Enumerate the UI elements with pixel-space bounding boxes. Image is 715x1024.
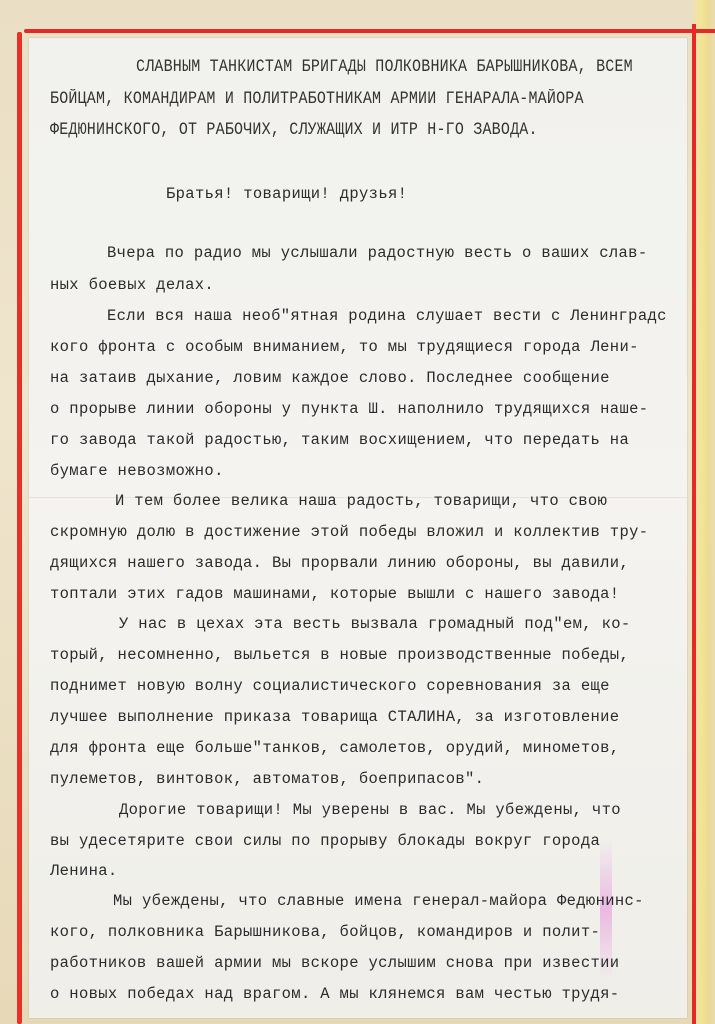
body-line: Вчера по радио мы услышали радостную вес…: [107, 244, 647, 262]
body-line: торый, несомненно, выльется в новые прои…: [50, 646, 629, 664]
body-line: топтали этих гадов машинами, которые выш…: [50, 585, 619, 603]
salutation: Братья! товарищи! друзья!: [166, 185, 407, 203]
body-line: Ленина.: [50, 862, 118, 880]
body-line: дящихся нашего завода. Вы прорвали линию…: [50, 554, 629, 572]
body-line: для фронта еще больше"танков, самолетов,…: [50, 739, 619, 757]
body-line: Если вся наша необ"ятная родина слушает …: [107, 307, 667, 325]
heading-line: ФЕДЮНИНСКОГО, ОТ РАБОЧИХ, СЛУЖАЩИХ И ИТР…: [50, 120, 538, 140]
body-line: скромную долю в достижение этой победы в…: [50, 523, 648, 541]
body-line: лучшее выполнение приказа товарища СТАЛИ…: [50, 708, 619, 726]
yellow-edge-strip: [693, 0, 715, 1024]
body-line: И тем более велика наша радость, товарищ…: [115, 492, 607, 510]
body-line: на затаив дыхание, ловим каждое слово. П…: [50, 369, 610, 387]
body-line: Мы убеждены, что славные имена генерал-м…: [113, 892, 644, 910]
red-border-left: [17, 32, 22, 1024]
heading-line: СЛАВНЫМ ТАНКИСТАМ БРИГАДЫ ПОЛКОВНИКА БАР…: [136, 57, 633, 77]
body-line: го завода такой радостью, таким восхищен…: [50, 431, 629, 449]
body-line: о прорыве линии обороны у пункта Ш. напо…: [50, 400, 648, 418]
body-line: кого, полковника Барышникова, бойцов, ко…: [50, 923, 600, 941]
body-line: У нас в цехах эта весть вызвала громадны…: [119, 615, 631, 633]
body-line: работников вашей армии мы вскоре услышим…: [50, 954, 619, 972]
body-line: бумаге невозможно.: [50, 462, 224, 480]
red-border-top: [24, 29, 715, 33]
body-line: о новых победах над врагом. А мы клянемс…: [50, 985, 619, 1003]
heading-line: БОЙЦАМ, КОМАНДИРАМ И ПОЛИТРАБОТНИКАМ АРМ…: [50, 89, 584, 109]
body-line: кого фронта с особым вниманием, то мы тр…: [50, 338, 639, 356]
body-line: пулеметов, винтовок, автоматов, боеприпа…: [50, 770, 484, 788]
body-line: поднимет новую волну социалистического с…: [50, 677, 610, 695]
red-border-right: [692, 24, 696, 1024]
body-line: вы удесетярите свои силы по прорыву блок…: [50, 832, 600, 850]
body-line: ных боевых делах.: [50, 276, 214, 294]
body-line: Дорогие товарищи! Мы уверены в вас. Мы у…: [119, 801, 621, 819]
